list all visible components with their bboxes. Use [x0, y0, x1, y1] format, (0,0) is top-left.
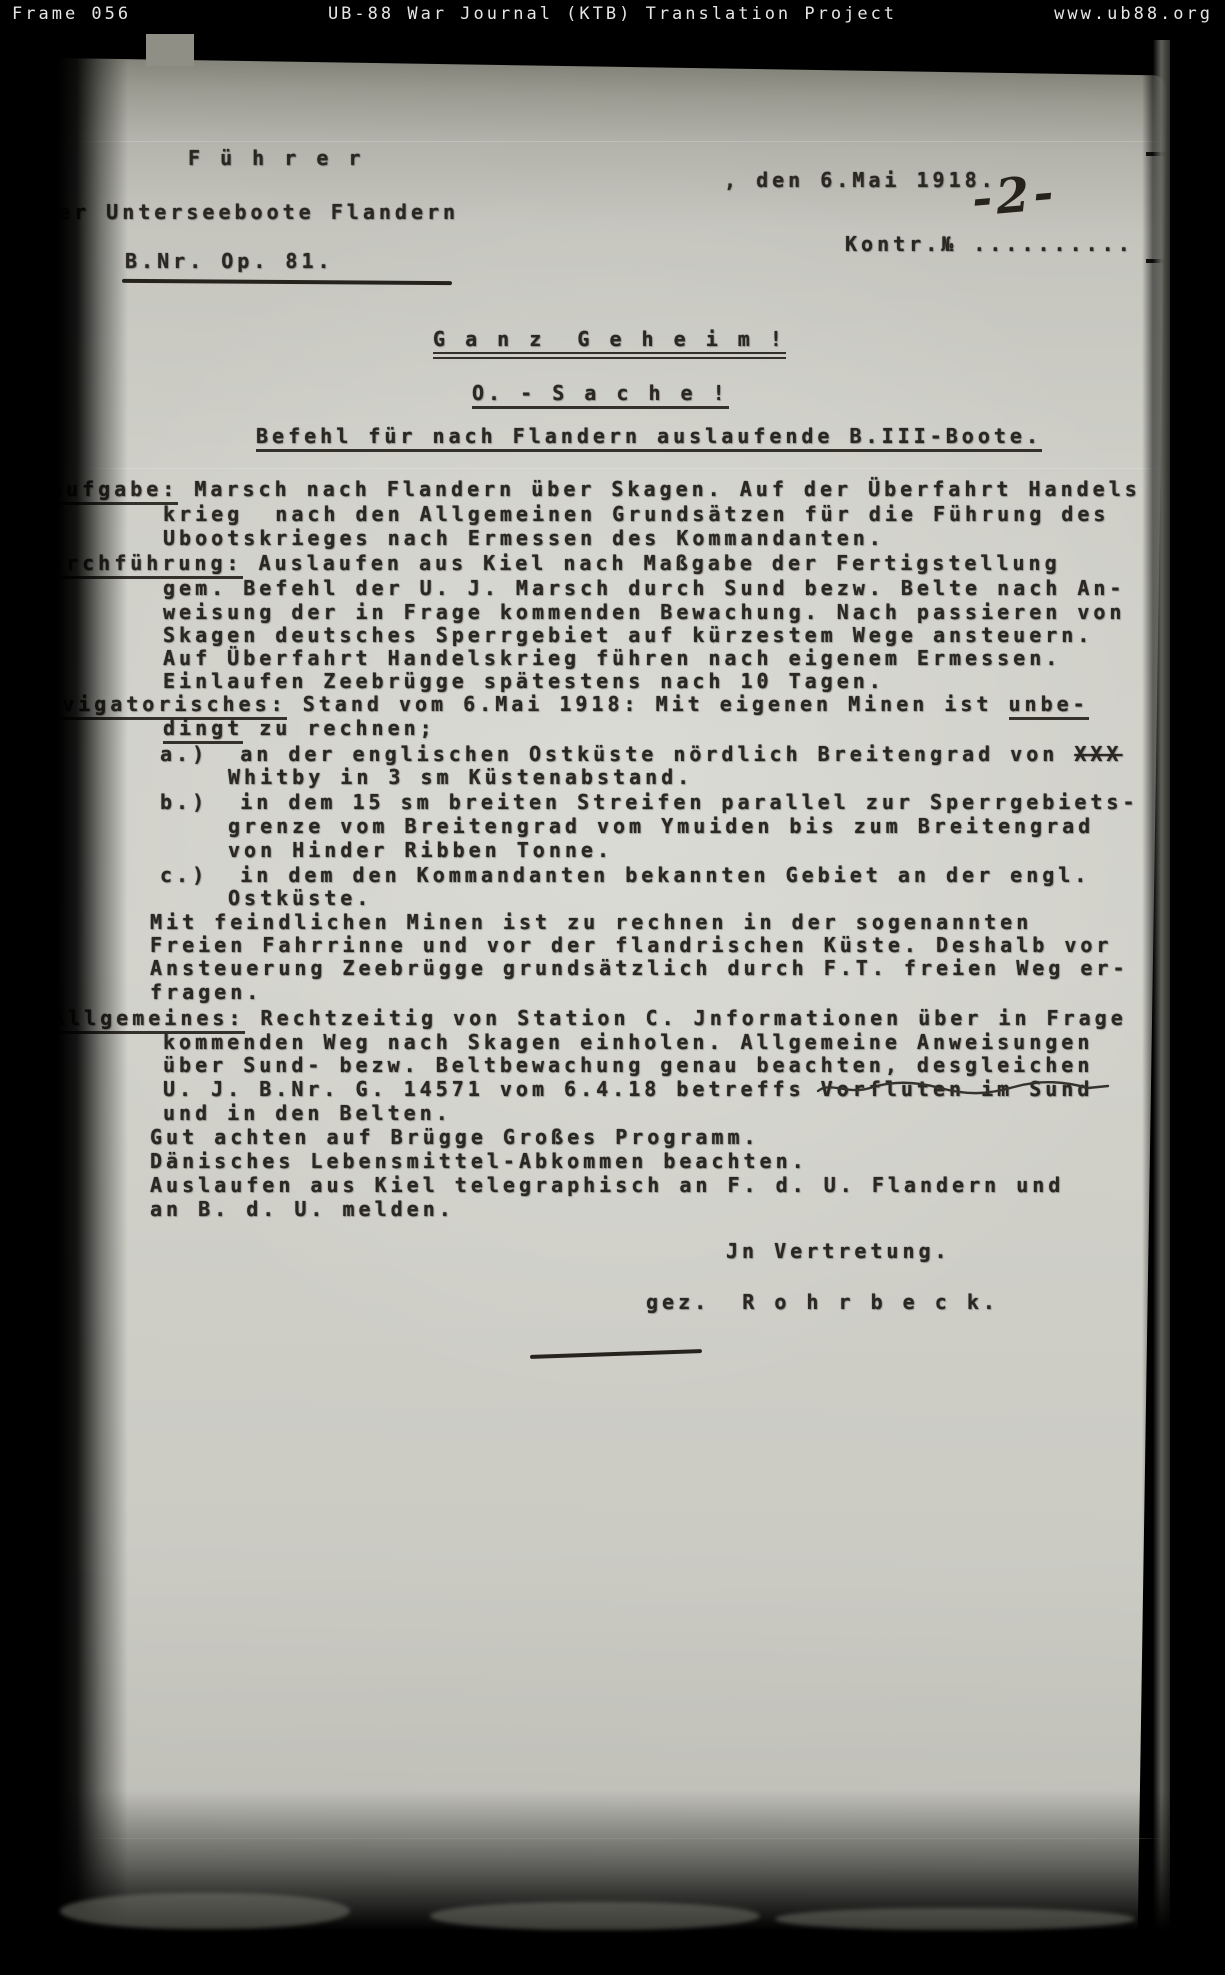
document-line: Jn Vertretung.	[726, 1239, 951, 1263]
document-line: Auslaufen aus Kiel telegraphisch an F. d…	[150, 1173, 1064, 1197]
document-line: b.) in dem 15 sm breiten Streifen parall…	[160, 790, 1139, 814]
document-text-layer: F ü h r e rder Unterseeboote FlandernB.N…	[0, 0, 1225, 1975]
document-line: F ü h r e r	[188, 146, 364, 170]
document-line: Ansteuerung Zeebrügge grundsätzlich durc…	[150, 956, 1129, 980]
document-line: Mit feindlichen Minen ist zu rechnen in …	[150, 910, 1032, 934]
document-line: , den 6.Mai 1918.	[724, 168, 997, 192]
document-line: Befehl für nach Flandern auslaufende B.I…	[256, 424, 1042, 448]
paper-streak	[60, 1893, 350, 1929]
document-line: Kontr.№ ..........	[845, 232, 1134, 256]
paper-streak	[430, 1902, 760, 1930]
bottom-fade	[0, 1790, 1225, 1975]
document-line: fragen.	[150, 980, 262, 1004]
frame-label: Frame 056	[12, 4, 131, 24]
page-tab	[146, 34, 194, 66]
document-line: Ostküste.	[228, 886, 372, 910]
viewer-url: www.ub88.org	[1054, 4, 1213, 24]
document-line: B.Nr. Op. 81.	[125, 249, 334, 273]
ink-rule	[122, 279, 452, 285]
document-line: G a n z G e h e i m !	[433, 327, 786, 351]
document-line: O. - S a c h e !	[472, 381, 729, 405]
document-line: Freien Fahrrinne und vor der flandrische…	[150, 933, 1112, 957]
document-line: dingt zu rechnen;	[163, 716, 436, 740]
binding-edge	[1142, 40, 1173, 1948]
document-line: über Sund- bezw. Beltbewachung genau bea…	[163, 1053, 1093, 1077]
document-line: gem. Befehl der U. J. Marsch durch Sund …	[163, 576, 1125, 600]
document-line: krieg nach den Allgemeinen Grundsätzen f…	[163, 502, 1109, 526]
viewer-title: UB-88 War Journal (KTB) Translation Proj…	[328, 4, 897, 24]
film-scratch	[0, 141, 1225, 142]
document-line: kommenden Weg nach Skagen einholen. Allg…	[163, 1030, 1093, 1054]
document-line: c.) in dem den Kommandanten bekannten Ge…	[160, 863, 1090, 887]
document-line: an B. d. U. melden.	[150, 1197, 455, 1221]
document-line: von Hinder Ribben Tonne.	[228, 838, 613, 862]
document-line: Gut achten auf Brügge Großes Programm.	[150, 1125, 760, 1149]
viewer-header-bar: Frame 056 UB-88 War Journal (KTB) Transl…	[0, 0, 1225, 27]
document-line: Auf Überfahrt Handelskrieg führen nach e…	[163, 646, 1061, 670]
document-line: gez. R o h r b e c k.	[646, 1290, 999, 1314]
document-line: Einlaufen Zeebrügge spätestens nach 10 T…	[163, 669, 885, 693]
document-line: Ubootskrieges nach Ermessen des Kommanda…	[163, 526, 885, 550]
document-line: Aufgabe: Marsch nach Flandern über Skage…	[50, 477, 1141, 501]
document-line: Whitby in 3 sm Küstenabstand.	[228, 765, 693, 789]
document-line: a.) an der englischen Ostküste nördlich …	[160, 742, 1122, 766]
film-scratch	[0, 468, 1225, 469]
handwritten-number: -2-	[970, 168, 1059, 223]
left-shadow	[0, 0, 128, 1975]
wavy-underline	[816, 1078, 1110, 1102]
document-line: Navigatorisches: Stand vom 6.Mai 1918: M…	[30, 692, 1089, 716]
right-black-margin	[1170, 0, 1225, 1975]
document-line: und in den Belten.	[163, 1101, 452, 1125]
paper-streak	[775, 1908, 1135, 1930]
document-line: Allgemeines: Rechtzeitig von Station C. …	[52, 1006, 1127, 1030]
document-line: weisung der in Frage kommenden Bewachung…	[163, 600, 1125, 624]
document-line: Skagen deutsches Sperrgebiet auf kürzest…	[163, 623, 1093, 647]
document-line: grenze vom Breitengrad vom Ymuiden bis z…	[228, 814, 1094, 838]
document-line: Durchführung: Auslaufen aus Kiel nach Ma…	[34, 551, 1061, 575]
ink-rule	[530, 1349, 702, 1359]
document-line: Dänisches Lebensmittel-Abkommen beachten…	[150, 1149, 808, 1173]
